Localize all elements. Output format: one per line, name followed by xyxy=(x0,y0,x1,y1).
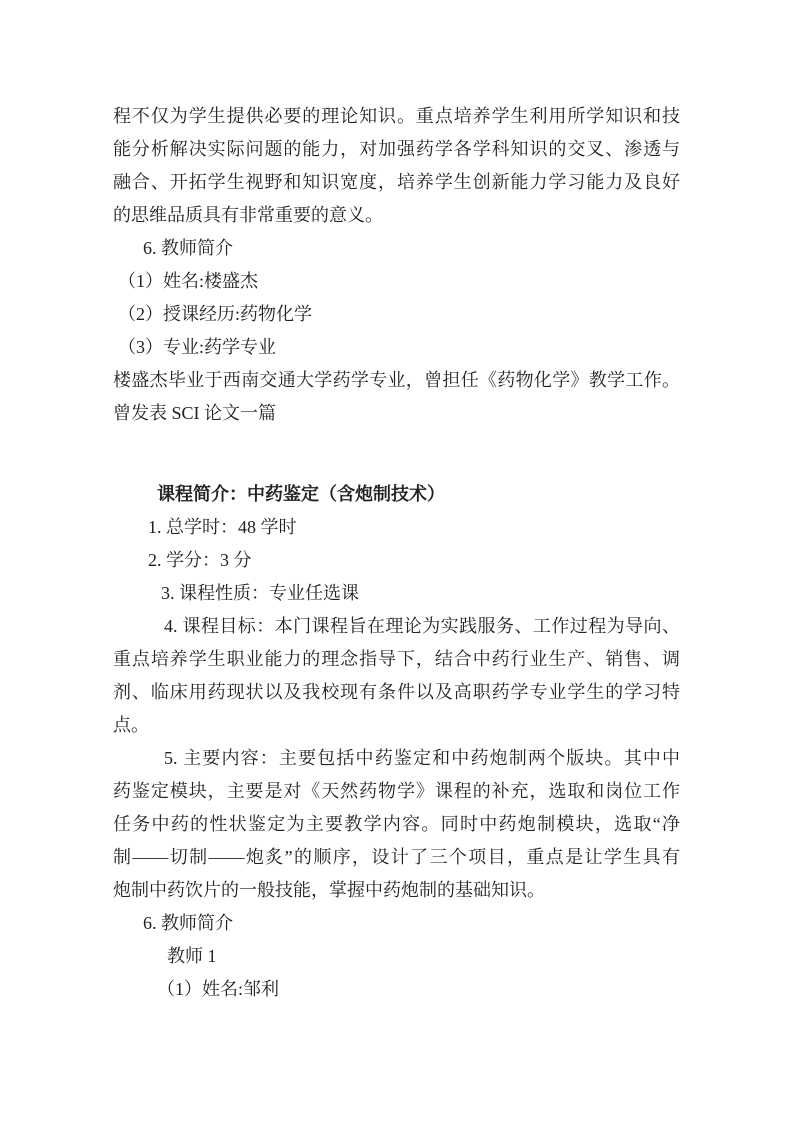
teacher-name-line: （1）姓名:邹利 xyxy=(113,973,680,1006)
course-content-line: 制——切制——炮炙”的顺序，设计了三个项目，重点是让学生具有 xyxy=(113,841,680,874)
course-objective-line: 点。 xyxy=(113,709,680,742)
course-objective-line: 剂、临床用药现状以及我校现有条件以及高职药学专业学生的学习特 xyxy=(113,676,680,709)
page-text-column: 程不仅为学生提供必要的理论知识。重点培养学生利用所学知识和技 能分析解决实际问题… xyxy=(113,100,680,1006)
teacher-bio-line: 楼盛杰毕业于西南交通大学药学专业，曾担任《药物化学》教学工作。 xyxy=(113,364,680,397)
course-content-line: 5. 主要内容：主要包括中药鉴定和中药炮制两个版块。其中中 xyxy=(113,742,680,775)
teacher-bio-line: 曾发表 SCI 论文一篇 xyxy=(113,397,680,430)
document-page: 程不仅为学生提供必要的理论知识。重点培养学生利用所学知识和技 能分析解决实际问题… xyxy=(0,0,793,1122)
course-content-line: 任务中药的性状鉴定为主要教学内容。同时中药炮制模块，选取“净 xyxy=(113,808,680,841)
teacher-major-line: （3）专业:药学专业 xyxy=(113,331,680,364)
teacher-section-heading: 6. 教师简介 xyxy=(113,907,680,940)
course-content-line: 炮制中药饮片的一般技能，掌握中药炮制的基础知识。 xyxy=(113,874,680,907)
body-text-line: 融合、开拓学生视野和知识宽度，培养学生创新能力学习能力及良好 xyxy=(113,166,680,199)
teacher-section-heading: 6. 教师简介 xyxy=(113,232,680,265)
course-credits-line: 2. 学分：3 分 xyxy=(113,544,680,577)
course-objective-line: 4. 课程目标：本门课程旨在理论为实践服务、工作过程为导向、 xyxy=(113,610,680,643)
course-total-hours-line: 1. 总学时：48 学时 xyxy=(113,511,680,544)
course-intro-title: 课程简介：中药鉴定（含炮制技术） xyxy=(113,478,680,511)
course-content-line: 药鉴定模块，主要是对《天然药物学》课程的补充，选取和岗位工作 xyxy=(113,775,680,808)
teacher-name-line: （1）姓名:楼盛杰 xyxy=(113,265,680,298)
course-type-line: 3. 课程性质：专业任选课 xyxy=(113,577,680,610)
body-text-line: 的思维品质具有非常重要的意义。 xyxy=(113,199,680,232)
body-text-line: 程不仅为学生提供必要的理论知识。重点培养学生利用所学知识和技 xyxy=(113,100,680,133)
body-text-line: 能分析解决实际问题的能力，对加强药学各学科知识的交叉、渗透与 xyxy=(113,133,680,166)
teacher-label: 教师 1 xyxy=(113,940,680,973)
teacher-history-line: （2）授课经历:药物化学 xyxy=(113,298,680,331)
course-objective-line: 重点培养学生职业能力的理念指导下，结合中药行业生产、销售、调 xyxy=(113,643,680,676)
